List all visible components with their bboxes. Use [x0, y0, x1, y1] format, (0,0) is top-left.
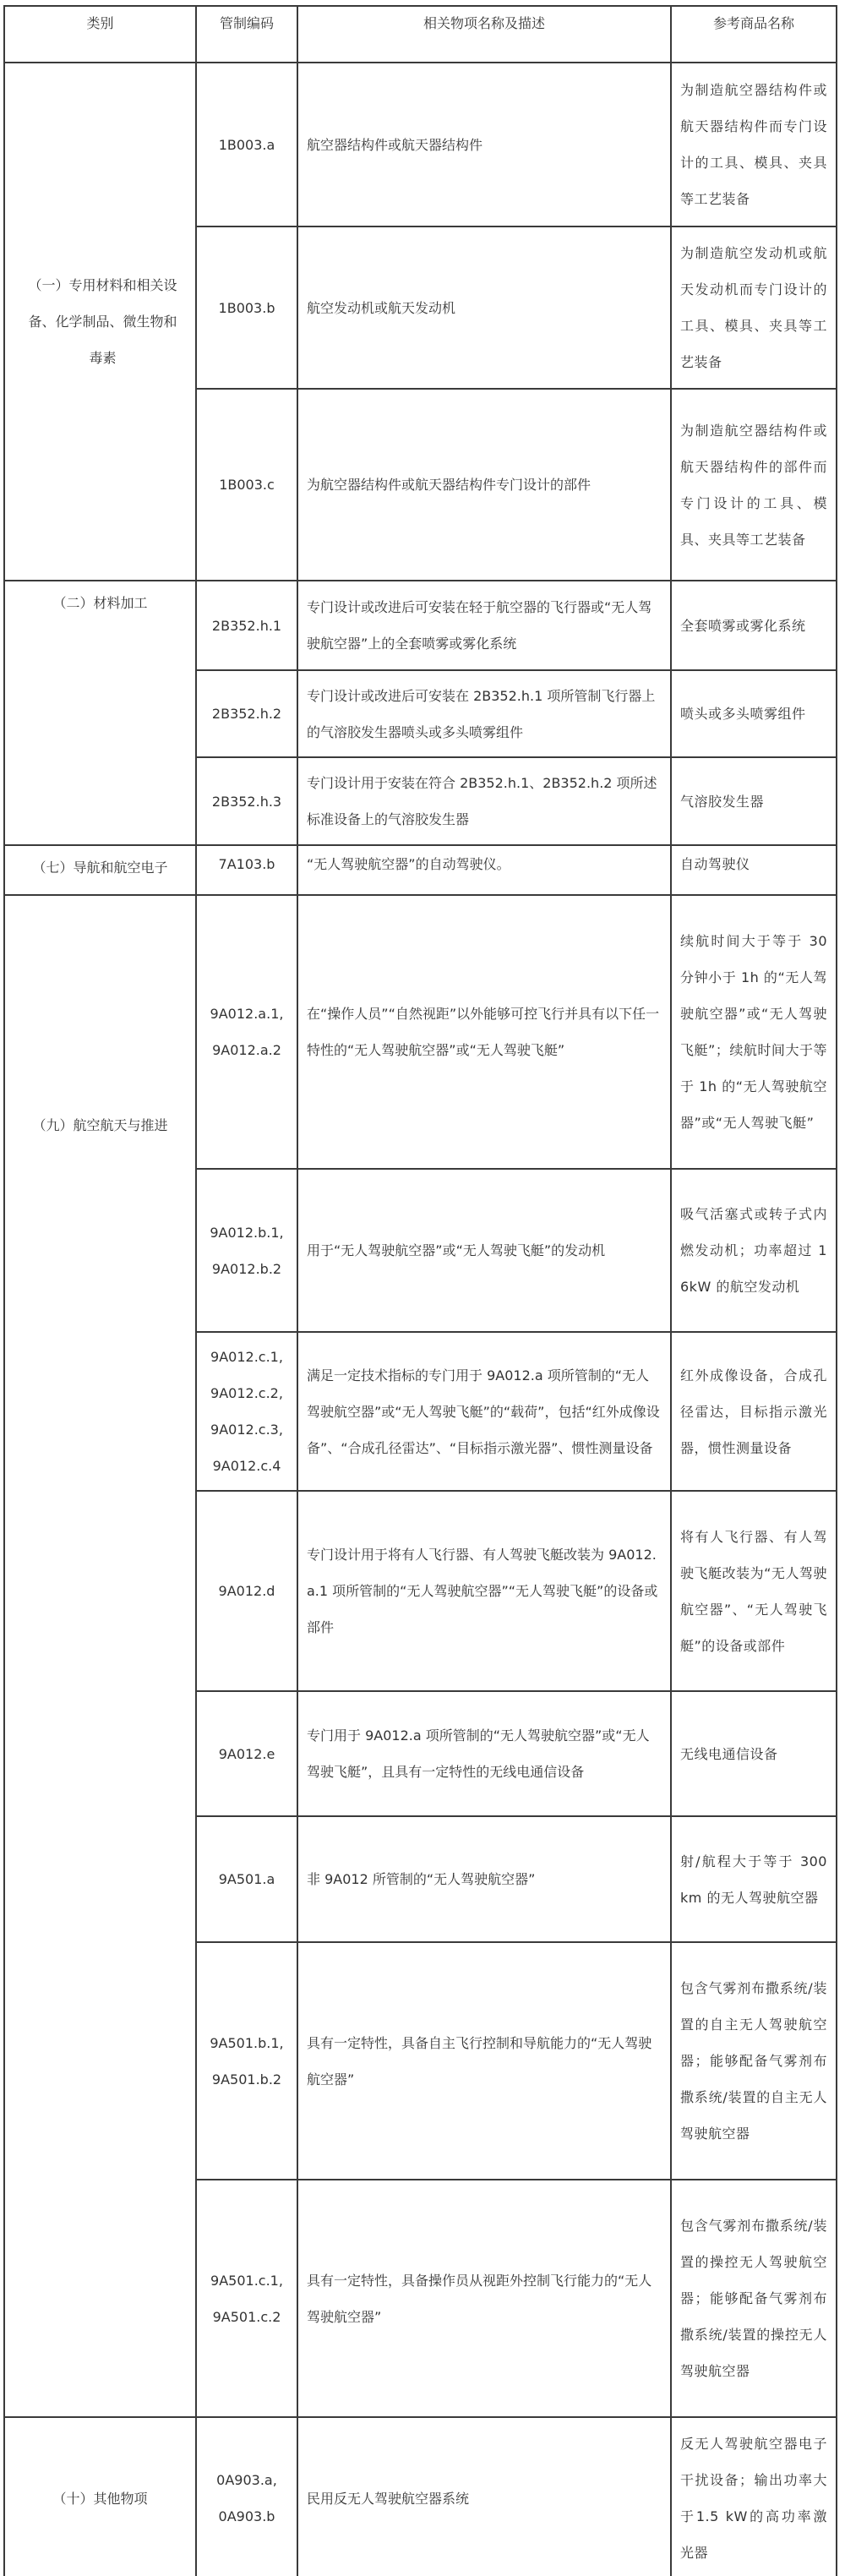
control-code-line: 9A012.c.4: [205, 1448, 288, 1484]
header-control-code: 管制编码: [196, 6, 297, 63]
reference-cell: 包含气雾剂布撒系统/装置的自主无人驾驶航空器；能够配备气雾剂布撒系统/装置的自主…: [671, 1942, 837, 2180]
table-row: （十）其他物项 0A903.a, 0A903.b 民用反无人驾驶航空器系统 反无…: [4, 2417, 837, 2576]
category-cell: （十）其他物项: [4, 2417, 196, 2576]
description-cell: 用于“无人驾驶航空器”或“无人驾驶飞艇”的发动机: [297, 1169, 671, 1332]
reference-cell: 红外成像设备，合成孔径雷达，目标指示激光器，惯性测量设备: [671, 1332, 837, 1491]
reference-cell: 反无人驾驶航空器电子干扰设备；输出功率大于1.5 kW的高功率激光器: [671, 2417, 837, 2576]
control-code-cell: 2B352.h.3: [196, 757, 297, 845]
control-code-line: 0A903.a,: [205, 2462, 288, 2498]
header-category: 类别: [4, 6, 196, 63]
control-code-line: 9A501.b.1,: [205, 2025, 288, 2061]
control-code-cell: 9A501.b.1, 9A501.b.2: [196, 1942, 297, 2180]
reference-cell: 喷头或多头喷雾组件: [671, 670, 837, 757]
control-code-cell: 2B352.h.1: [196, 581, 297, 670]
reference-cell: 自动驾驶仪: [671, 845, 837, 895]
reference-cell: 全套喷雾或雾化系统: [671, 581, 837, 670]
control-code-line: 9A501.c.1,: [205, 2262, 288, 2299]
control-code-line: 9A012.b.2: [205, 1251, 288, 1287]
control-code-line: 9A012.a.1,: [205, 996, 288, 1032]
control-code-cell: 7A103.b: [196, 845, 297, 895]
control-code-cell: 1B003.c: [196, 389, 297, 581]
description-cell: 专门设计或改进后可安装在轻于航空器的飞行器或“无人驾驶航空器”上的全套喷雾或雾化…: [297, 581, 671, 670]
reference-cell: 将有人飞行器、有人驾驶飞艇改装为“无人驾驶航空器”、“无人驾驶飞艇”的设备或部件: [671, 1491, 837, 1691]
control-code-cell: 9A012.d: [196, 1491, 297, 1691]
category-cell: （二）材料加工: [4, 581, 196, 845]
control-code-cell: 9A012.a.1, 9A012.a.2: [196, 895, 297, 1169]
table-header-row: 类别 管制编码 相关物项名称及描述 参考商品名称: [4, 6, 837, 63]
table-row: （一）专用材料和相关设备、化学制品、微生物和毒素 1B003.a 航空器结构件或…: [4, 63, 837, 226]
category-cell: （七）导航和航空电子: [4, 845, 196, 895]
description-cell: 满足一定技术指标的专门用于 9A012.a 项所管制的“无人驾驶航空器”或“无人…: [297, 1332, 671, 1491]
control-code-line: 9A501.c.2: [205, 2299, 288, 2335]
reference-cell: 为制造航空器结构件或航天器结构件的部件而专门设计的工具、模具、夹具等工艺装备: [671, 389, 837, 581]
description-cell: 航空器结构件或航天器结构件: [297, 63, 671, 226]
control-code-cell: 9A012.e: [196, 1691, 297, 1816]
category-label: （九）航空航天与推进: [32, 1117, 167, 1133]
description-cell: 民用反无人驾驶航空器系统: [297, 2417, 671, 2576]
control-code-line: 9A012.b.1,: [205, 1214, 288, 1251]
control-code-line: 9A012.e: [205, 1736, 288, 1772]
reference-cell: 为制造航空器结构件或航天器结构件而专门设计的工具、模具、夹具等工艺装备: [671, 63, 837, 226]
table-row: （七）导航和航空电子 7A103.b “无人驾驶航空器”的自动驾驶仪。 自动驾驶…: [4, 845, 837, 895]
header-reference-product: 参考商品名称: [671, 6, 837, 63]
description-cell: 专门用于 9A012.a 项所管制的“无人驾驶航空器”或“无人驾驶飞艇”，且具有…: [297, 1691, 671, 1816]
description-cell: “无人驾驶航空器”的自动驾驶仪。: [297, 845, 671, 895]
description-cell: 具有一定特性，具备操作员从视距外控制飞行能力的“无人驾驶航空器”: [297, 2180, 671, 2417]
description-cell: 专门设计或改进后可安装在 2B352.h.1 项所管制飞行器上的气溶胶发生器喷头…: [297, 670, 671, 757]
control-code-cell: 9A012.c.1, 9A012.c.2, 9A012.c.3, 9A012.c…: [196, 1332, 297, 1491]
control-code-line: 0A903.b: [205, 2498, 288, 2535]
table-row: （二）材料加工 2B352.h.1 专门设计或改进后可安装在轻于航空器的飞行器或…: [4, 581, 837, 670]
control-code-line: 9A501.a: [205, 1861, 288, 1897]
reference-cell: 吸气活塞式或转子式内燃发动机；功率超过 16kW 的航空发动机: [671, 1169, 837, 1332]
control-code-cell: 9A501.a: [196, 1816, 297, 1942]
reference-cell: 续航时间大于等于 30 分钟小于 1h 的“无人驾驶航空器”或“无人驾驶飞艇”；…: [671, 895, 837, 1169]
control-code-line: 9A501.b.2: [205, 2061, 288, 2098]
description-cell: 具有一定特性，具备自主飞行控制和导航能力的“无人驾驶航空器”: [297, 1942, 671, 2180]
control-code-line: 9A012.a.2: [205, 1032, 288, 1068]
description-cell: 非 9A012 所管制的“无人驾驶航空器”: [297, 1816, 671, 1942]
description-cell: 专门设计用于安装在符合 2B352.h.1、2B352.h.2 项所述标准设备上…: [297, 757, 671, 845]
control-code-cell: 9A012.b.1, 9A012.b.2: [196, 1169, 297, 1332]
description-cell: 在“操作人员”“自然视距”以外能够可控飞行并具有以下任一特性的“无人驾驶航空器”…: [297, 895, 671, 1169]
reference-cell: 射/航程大于等于 300 km 的无人驾驶航空器: [671, 1816, 837, 1942]
control-code-line: 9A012.d: [205, 1573, 288, 1609]
control-code-cell: 0A903.a, 0A903.b: [196, 2417, 297, 2576]
category-cell: （九）航空航天与推进: [4, 895, 196, 2417]
reference-cell: 无线电通信设备: [671, 1691, 837, 1816]
control-code-cell: 2B352.h.2: [196, 670, 297, 757]
control-code-cell: 1B003.a: [196, 63, 297, 226]
export-control-table: 类别 管制编码 相关物项名称及描述 参考商品名称 （一）专用材料和相关设备、化学…: [3, 5, 837, 2576]
category-cell: （一）专用材料和相关设备、化学制品、微生物和毒素: [4, 63, 196, 581]
control-code-line: 9A012.c.3,: [205, 1411, 288, 1448]
description-cell: 为航空器结构件或航天器结构件专门设计的部件: [297, 389, 671, 581]
control-code-cell: 9A501.c.1, 9A501.c.2: [196, 2180, 297, 2417]
control-code-line: 9A012.c.1,: [205, 1339, 288, 1375]
control-code-cell: 1B003.b: [196, 226, 297, 389]
header-item-description: 相关物项名称及描述: [297, 6, 671, 63]
reference-cell: 气溶胶发生器: [671, 757, 837, 845]
description-cell: 专门设计用于将有人飞行器、有人驾驶飞艇改装为 9A012.a.1 项所管制的“无…: [297, 1491, 671, 1691]
reference-cell: 为制造航空发动机或航天发动机而专门设计的工具、模具、夹具等工艺装备: [671, 226, 837, 389]
table-row: （九）航空航天与推进 9A012.a.1, 9A012.a.2 在“操作人员”“…: [4, 895, 837, 1169]
reference-cell: 包含气雾剂布撒系统/装置的操控无人驾驶航空器；能够配备气雾剂布撒系统/装置的操控…: [671, 2180, 837, 2417]
description-cell: 航空发动机或航天发动机: [297, 226, 671, 389]
control-code-line: 9A012.c.2,: [205, 1375, 288, 1411]
